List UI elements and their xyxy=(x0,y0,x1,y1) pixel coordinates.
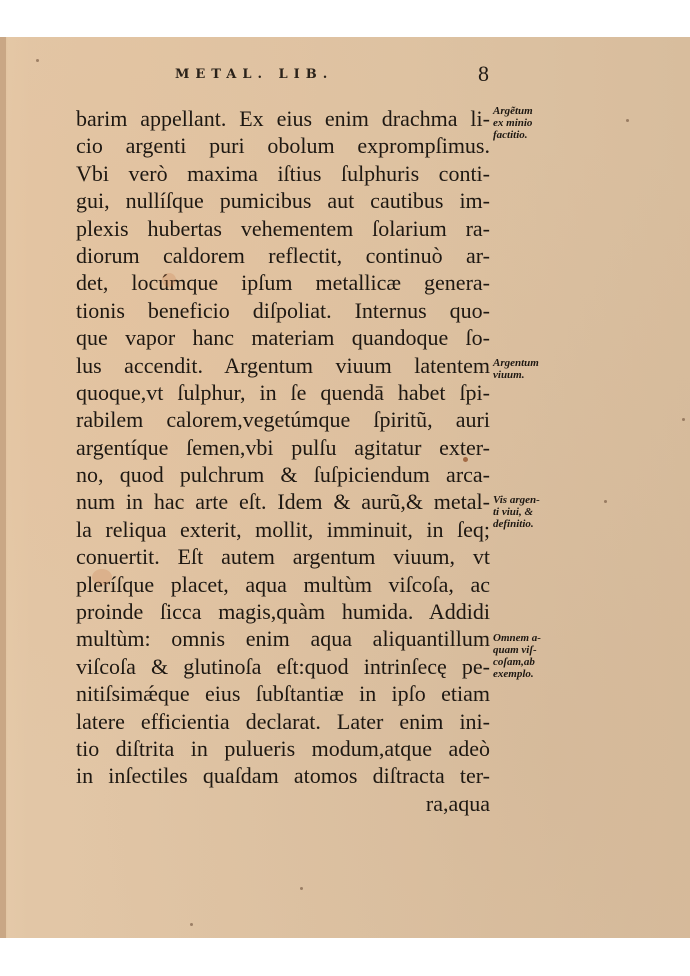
text-line: plexis hubertas vehementem ſolarium ra- xyxy=(76,215,490,242)
text-line: que vapor hanc materiam quandoque ſo- xyxy=(76,324,490,351)
margin-note: Argentum viuum. xyxy=(493,357,539,381)
text-line: lus accendit. Argentum viuum latentem xyxy=(76,352,490,379)
paper-stain xyxy=(92,569,112,585)
text-line: tio diſtrita in pulueris modum,atque ade… xyxy=(76,735,490,762)
paper-speck xyxy=(604,500,607,503)
text-line: proinde ſicca magis,quàm humida. Addidi xyxy=(76,598,490,625)
margin-note-line: definitio. xyxy=(493,518,540,530)
paper-speck xyxy=(36,59,39,62)
margin-note-line: exemplo. xyxy=(493,668,541,680)
margin-note-line: Argentum xyxy=(493,357,539,369)
margin-note-line: ex minio xyxy=(493,117,533,129)
text-line: conuertit. Eſt autem argentum viuum, vt xyxy=(76,543,490,570)
text-line: multùm: omnis enim aqua aliquantillum xyxy=(76,625,490,652)
running-head: METAL. LIB. xyxy=(175,67,333,82)
margin-note-line: ti viui, & xyxy=(493,506,540,518)
margin-note-line: Vis argen- xyxy=(493,494,540,506)
margin-note-line: quam viſ- xyxy=(493,644,541,656)
margin-note-line: Omnem a- xyxy=(493,632,541,644)
paper-speck xyxy=(463,457,468,462)
text-line: Vbi verò maxima iſtius ſulphuris conti- xyxy=(76,160,490,187)
text-line: nitiſsimǽque eius ſubſtantiæ in ipſo eti… xyxy=(76,680,490,707)
text-line: viſcoſa & glutinoſa eſt:quod intrinſecę … xyxy=(76,653,490,680)
text-line: cio argenti puri obolum exprompſimus. xyxy=(76,132,490,159)
page-edge xyxy=(0,37,6,938)
text-line: tionis beneficio diſpoliat. Internus quo… xyxy=(76,297,490,324)
book-page: METAL. LIB. 8 barim appellant. Ex eius e… xyxy=(0,37,690,938)
margin-note-line: viuum. xyxy=(493,369,539,381)
paper-speck xyxy=(682,418,685,421)
paper-stain xyxy=(162,273,176,287)
margin-note-line: Argẽtum xyxy=(493,105,533,117)
text-line: det, locúmque ipſum metallicæ genera- xyxy=(76,269,490,296)
text-line: no, quod pulchrum & ſuſpiciendum arca- xyxy=(76,461,490,488)
text-line: la reliqua exterit, mollit, imminuit, in… xyxy=(76,516,490,543)
paper-speck xyxy=(190,923,193,926)
margin-note: Omnem a- quam viſ- coſam,ab exemplo. xyxy=(493,632,541,680)
margin-note-line: coſam,ab xyxy=(493,656,541,668)
paper-speck xyxy=(300,887,303,890)
margin-note: Vis argen- ti viui, & definitio. xyxy=(493,494,540,530)
margin-note: Argẽtum ex minio factitio. xyxy=(493,105,533,141)
text-line: rabilem calorem,vegetúmque ſpiritũ, auri xyxy=(76,406,490,433)
paper-speck xyxy=(626,119,629,122)
body-text: barim appellant. Ex eius enim drachma li… xyxy=(76,105,490,817)
page-number: 8 xyxy=(478,61,489,87)
text-line: argentíque ſemen,vbi pulſu agitatur exte… xyxy=(76,434,490,461)
text-line: gui, nullíſque pumicibus aut cautibus im… xyxy=(76,187,490,214)
text-line: diorum caldorem reflectit, continuò ar- xyxy=(76,242,490,269)
catchword: ra,aqua xyxy=(76,790,490,817)
text-line: latere efficientia declarat. Later enim … xyxy=(76,708,490,735)
text-line: pleríſque placet, aqua multùm viſcoſa, a… xyxy=(76,571,490,598)
text-line: in inſectiles quaſdam atomos diſtracta t… xyxy=(76,762,490,789)
margin-note-line: factitio. xyxy=(493,129,533,141)
text-line: barim appellant. Ex eius enim drachma li… xyxy=(76,105,490,132)
text-line: quoque,vt ſulphur, in ſe quendā habet ſp… xyxy=(76,379,490,406)
text-line: num in hac arte eſt. Idem & aurũ,& metal… xyxy=(76,488,490,515)
